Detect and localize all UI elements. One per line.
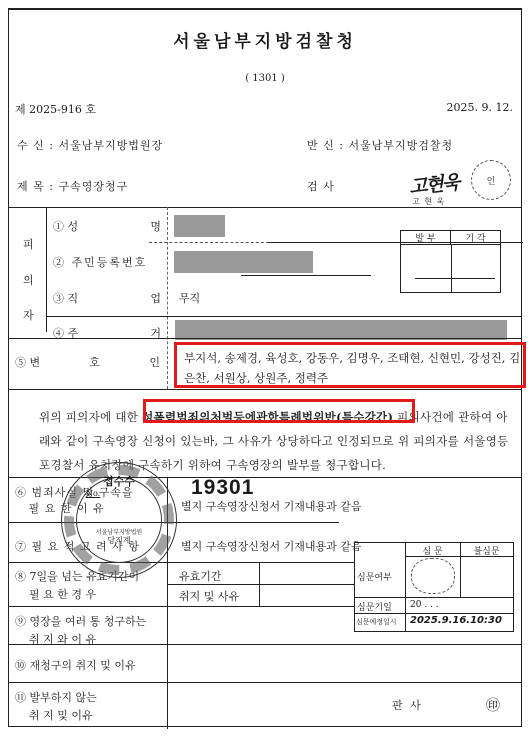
- prosecutor-seal-icon: 인: [471, 160, 511, 200]
- row-label-line: 재청구의 취지 및 이유: [30, 659, 136, 672]
- divider: [9, 606, 354, 607]
- sender-value: 서울남부지방검찰청: [348, 139, 453, 152]
- field-number: ⑤: [15, 356, 26, 369]
- row-label-line: 취 지 및 이유: [29, 709, 93, 722]
- divider: [451, 245, 452, 292]
- sender-row: 반 신 : 서울남부지방검찰청: [307, 137, 453, 153]
- counsel-label-part: 호: [89, 354, 100, 370]
- field-label: 직: [68, 292, 79, 305]
- stamp-title: 접수수: [62, 473, 176, 489]
- divider: [355, 597, 513, 598]
- row-label-line: 필 요 한 경 우: [29, 588, 96, 601]
- divider: [167, 584, 259, 585]
- subject-row: 제 목 : 구속영장청구: [17, 178, 128, 194]
- redacted-name: [174, 215, 225, 237]
- divider: [9, 389, 521, 390]
- stamp-no-label: No.: [86, 489, 100, 498]
- issue-header: 발 부: [401, 231, 451, 245]
- subject-value: 구속영장청구: [58, 180, 128, 193]
- recipient-row: 수 신 : 서울남부지방법원장: [17, 137, 163, 153]
- crime-highlight-box: [143, 399, 415, 423]
- hearing-date-value: 20 . . .: [410, 600, 439, 610]
- hearing-box: 심 문 불심문 심문여부 심문기일 20 . . . 심문예정일시 2025.9…: [354, 542, 514, 632]
- sender-label: 반 신 :: [307, 139, 344, 152]
- stamp-dept: 당직계: [62, 535, 176, 546]
- purpose-reason-label: 취지 및 사유: [179, 588, 239, 604]
- field-label: 업: [150, 290, 161, 306]
- suspect-label-1: 피: [23, 236, 34, 252]
- divider: [149, 242, 269, 243]
- occupation-value: 무직: [179, 290, 200, 306]
- field-name-label: ① 성 명: [53, 218, 161, 234]
- field-label: 성: [68, 220, 79, 233]
- field-number: ⑦: [15, 540, 27, 553]
- redacted-resident-number: [174, 251, 313, 273]
- judge-label: 판 사: [392, 697, 423, 713]
- subject-label: 제 목 :: [17, 180, 54, 193]
- receipt-number: 19301: [191, 476, 254, 500]
- document-date: 2025. 9. 12.: [447, 101, 513, 114]
- scheduled-hearing-label: 심문예정일시: [356, 617, 397, 627]
- row-label-line: 영장을 여러 통 청구하는: [30, 615, 147, 628]
- row-label-line: 발부하지 않는: [30, 691, 97, 704]
- divider: [259, 584, 355, 585]
- prosecutor-signature: 고현욱: [408, 168, 460, 200]
- field-number: ⑧: [15, 570, 26, 583]
- counsel-label-part: 인: [149, 354, 160, 370]
- suspect-label-3: 자: [23, 307, 34, 323]
- row-10-label: ⑩ 재청구의 취지 및 이유: [15, 657, 136, 673]
- receipt-stamp: 접수수 No. 서울남부지방법원 당직계: [61, 462, 177, 578]
- document-code: ( 1301 ): [9, 73, 521, 84]
- divider: [9, 682, 521, 683]
- row-11-label: ⑪ 발부하지 않는 취 지 및 이유: [15, 689, 97, 725]
- divider: [9, 207, 521, 208]
- field-number: ①: [53, 220, 64, 233]
- row-6-value: 별지 구속영장신청서 기재내용과 같음: [181, 498, 362, 514]
- recipient-value: 서울남부지방법원장: [58, 139, 163, 152]
- suspect-label-2: 의: [23, 272, 34, 288]
- hearing-date-label: 심문기일: [357, 600, 392, 613]
- field-occupation-label: ③ 직 업: [53, 290, 161, 306]
- row-7-value: 별지 구속영장신청서 기재내용과 같음: [181, 538, 362, 554]
- paragraph-prefix: 위의 피의자에 대한: [39, 410, 142, 424]
- seal-text: 인: [487, 174, 496, 187]
- prosecutor-label: 검 사: [307, 178, 335, 194]
- divider: [405, 556, 513, 557]
- field-number: ⑥: [15, 486, 27, 499]
- redacted-address: [175, 320, 507, 340]
- divider: [355, 613, 513, 614]
- field-number: ⑩: [15, 659, 26, 672]
- divider: [241, 275, 371, 276]
- divider: [415, 278, 495, 279]
- hearing-status-label: 심문여부: [357, 570, 392, 583]
- hearing-seal-icon: [411, 558, 455, 594]
- scheduled-hearing-value: 2025.9.16.10:30: [410, 615, 502, 626]
- validity-period-label: 유효기간: [179, 568, 222, 584]
- judge-seal-mark: ㊞: [486, 695, 500, 715]
- divider: [46, 316, 521, 317]
- field-label: 주민등록번호: [72, 256, 148, 269]
- field-number: ②: [53, 256, 66, 269]
- prosecutor-name: 고 현 욱: [412, 196, 445, 207]
- counsel-label-part: 변: [30, 356, 41, 369]
- dismiss-header: 기 각: [451, 231, 500, 245]
- divider: [9, 644, 521, 645]
- counsel-highlight-box: [174, 342, 526, 388]
- issue-dismiss-box: 발 부 기 각: [400, 230, 501, 293]
- divider: [46, 207, 47, 332]
- agency-title: 서울남부지방검찰청: [9, 27, 521, 52]
- warrant-request-document: 서울남부지방검찰청 ( 1301 ) 제 2025-916 호 2025. 9.…: [8, 8, 522, 727]
- field-rrn-label: ② 주민등록번호: [53, 254, 161, 270]
- field-number: ⑪: [15, 691, 26, 704]
- field-label: 명: [150, 218, 161, 234]
- recipient-label: 수 신 :: [17, 139, 54, 152]
- counsel-label: ⑤ 변 호 인: [15, 354, 160, 370]
- field-number: ③: [53, 292, 64, 305]
- field-number: ⑨: [15, 615, 26, 628]
- divider: [9, 562, 354, 563]
- document-number: 제 2025-916 호: [15, 101, 96, 117]
- divider: [9, 338, 521, 339]
- divider: [167, 207, 168, 389]
